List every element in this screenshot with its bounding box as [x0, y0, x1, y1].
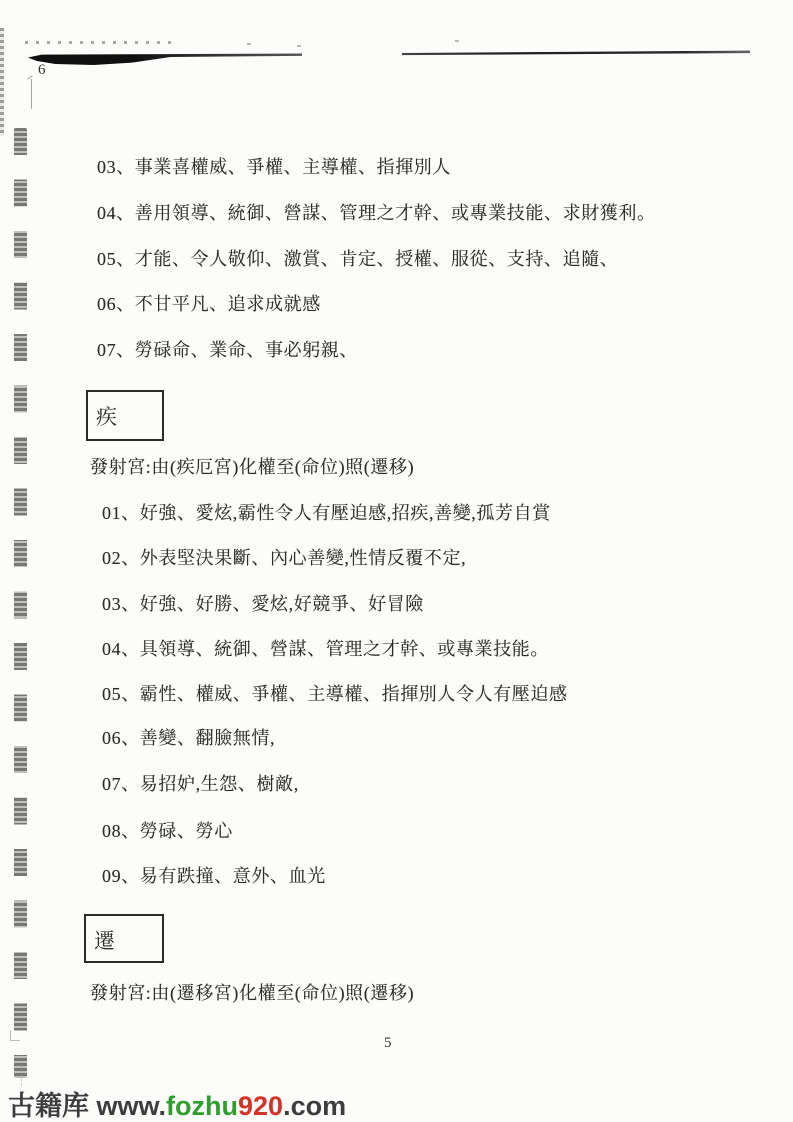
list-item: 08、勞碌、勞心 [102, 817, 233, 843]
scan-smudge-right [402, 51, 750, 56]
list-item: 02、外表堅決果斷、內心善變,性情反覆不定, [102, 544, 466, 570]
list-item: 06、善變、翻臉無情, [102, 724, 275, 750]
spiral-binding-texture [14, 128, 27, 1078]
list-item: 04、具領導、統御、營謀、管理之才幹、或專業技能。 [102, 635, 549, 661]
page-number: 5 [384, 1035, 392, 1052]
list-item: 01、好強、愛炫,霸性令人有壓迫感,招疾,善變,孤芳自賞 [102, 499, 551, 525]
list-item: 07、勞碌命、業命、事必躬親、 [97, 336, 358, 362]
scan-speck [455, 40, 459, 42]
scan-speck [247, 43, 251, 45]
list-item: 03、事業喜權威、爭權、主導權、指揮別人 [97, 153, 451, 179]
watermark-site-name: 古籍库 [8, 1091, 89, 1121]
scan-bracket-mark [10, 1030, 20, 1041]
scan-speck-row [25, 41, 175, 44]
watermark-url-suffix: .com [283, 1091, 346, 1121]
sheet-corner-number: 6 [38, 62, 46, 79]
list-item: 05、才能、令人敬仰、激賞、肯定、授權、服從、支持、追隨、 [97, 245, 618, 271]
watermark-url-red: 920 [238, 1091, 283, 1121]
scan-dash-mark [21, 1060, 23, 1086]
list-item: 05、霸性、權威、爭權、主導權、指揮別人令人有壓迫感 [102, 680, 568, 706]
palace-tab-label: 遷 [94, 925, 115, 955]
scan-smudge-left [28, 52, 302, 65]
palace-tab-label: 疾 [96, 401, 117, 431]
list-item: 09、易有跌撞、意外、血光 [102, 862, 326, 888]
scan-speck [297, 45, 301, 47]
watermark-url-green: fozhu [166, 1091, 238, 1121]
list-item: 06、不甘平凡、追求成就感 [97, 290, 321, 316]
list-item: 04、善用領導、統御、營謀、管理之才幹、或專業技能、求財獲利。 [97, 199, 656, 225]
list-item: 03、好強、好勝、愛炫,好競爭、好冒險 [102, 590, 424, 616]
section-header: 發射宮:由(遷移宮)化權至(命位)照(遷移) [90, 979, 414, 1005]
scan-edge-artifact [0, 28, 4, 136]
palace-tab-qian: 遷 [84, 914, 164, 963]
palace-tab-ji: 疾 [86, 390, 164, 441]
watermark-url-prefix: www. [89, 1091, 166, 1121]
scanned-page: 6 03、事業喜權威、爭權、主導權、指揮別人 04、善用領導、統御、營謀、管理之… [0, 0, 793, 1122]
section-header: 發射宮:由(疾厄宮)化權至(命位)照(遷移) [90, 453, 414, 479]
pen-mark-stem [31, 79, 32, 109]
list-item: 07、易招妒,生怨、樹敵, [102, 770, 299, 796]
watermark: 古籍库 www.fozhu920.com [8, 1084, 346, 1122]
pen-mark [27, 77, 36, 109]
